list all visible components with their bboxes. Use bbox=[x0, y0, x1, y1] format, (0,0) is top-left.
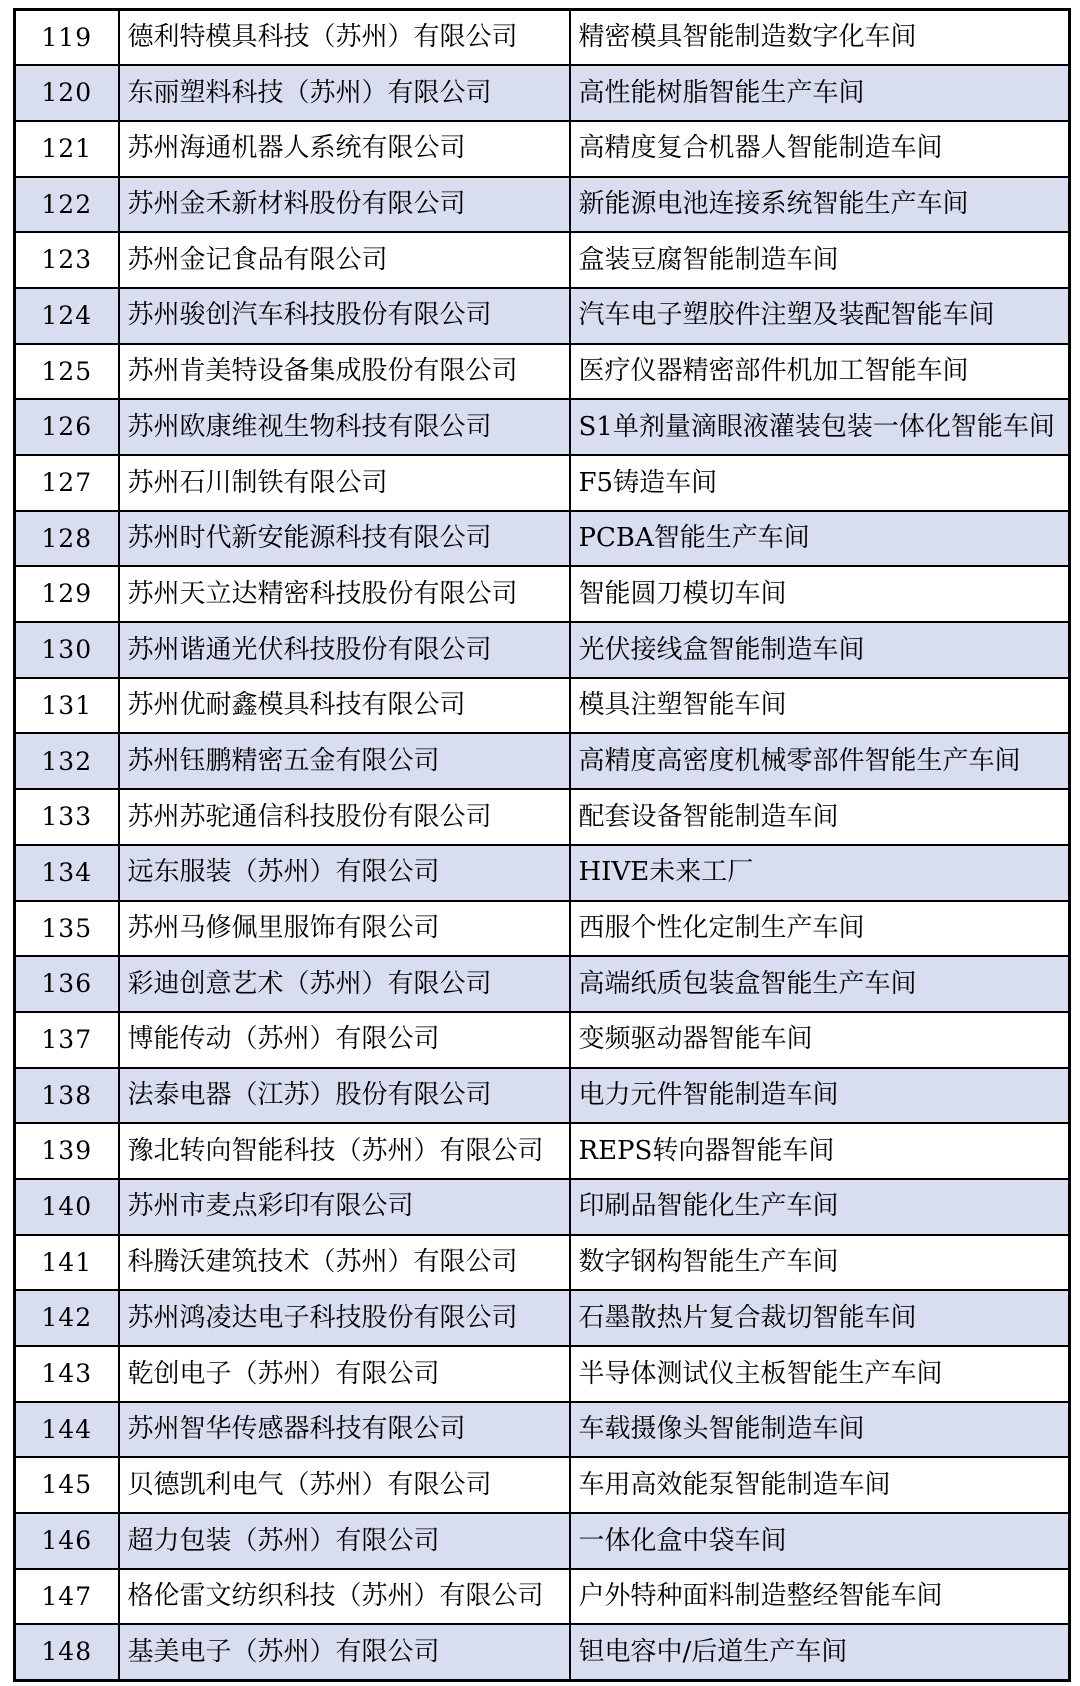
cell-row-number: 144 bbox=[15, 1402, 119, 1458]
cell-company-name: 博能传动（苏州）有限公司 bbox=[119, 1012, 570, 1068]
cell-row-number: 137 bbox=[15, 1012, 119, 1068]
company-workshop-table: 119德利特模具科技（苏州）有限公司精密模具智能制造数字化车间120东丽塑料科技… bbox=[13, 8, 1071, 1682]
cell-company-name: 苏州骏创汽车科技股份有限公司 bbox=[119, 288, 570, 344]
cell-company-name: 苏州市麦点彩印有限公司 bbox=[119, 1179, 570, 1235]
cell-row-number: 124 bbox=[15, 288, 119, 344]
cell-workshop-name: REPS转向器智能车间 bbox=[570, 1123, 1070, 1179]
cell-company-name: 苏州石川制铁有限公司 bbox=[119, 455, 570, 511]
cell-workshop-name: 精密模具智能制造数字化车间 bbox=[570, 10, 1070, 66]
table-row: 128苏州时代新安能源科技有限公司PCBA智能生产车间 bbox=[15, 511, 1070, 567]
cell-row-number: 138 bbox=[15, 1068, 119, 1124]
cell-workshop-name: 变频驱动器智能车间 bbox=[570, 1012, 1070, 1068]
cell-row-number: 128 bbox=[15, 511, 119, 567]
cell-workshop-name: 模具注塑智能车间 bbox=[570, 678, 1070, 734]
cell-company-name: 苏州谐通光伏科技股份有限公司 bbox=[119, 622, 570, 678]
cell-workshop-name: PCBA智能生产车间 bbox=[570, 511, 1070, 567]
table-row: 129苏州天立达精密科技股份有限公司智能圆刀模切车间 bbox=[15, 566, 1070, 622]
cell-company-name: 德利特模具科技（苏州）有限公司 bbox=[119, 10, 570, 66]
cell-company-name: 科腾沃建筑技术（苏州）有限公司 bbox=[119, 1235, 570, 1291]
cell-workshop-name: 配套设备智能制造车间 bbox=[570, 789, 1070, 845]
cell-company-name: 乾创电子（苏州）有限公司 bbox=[119, 1346, 570, 1402]
cell-workshop-name: 印刷品智能化生产车间 bbox=[570, 1179, 1070, 1235]
cell-company-name: 彩迪创意艺术（苏州）有限公司 bbox=[119, 956, 570, 1012]
table-row: 142苏州鸿凌达电子科技股份有限公司石墨散热片复合裁切智能车间 bbox=[15, 1290, 1070, 1346]
cell-company-name: 超力包装（苏州）有限公司 bbox=[119, 1513, 570, 1569]
cell-workshop-name: 盒装豆腐智能制造车间 bbox=[570, 232, 1070, 288]
cell-company-name: 苏州鸿凌达电子科技股份有限公司 bbox=[119, 1290, 570, 1346]
cell-row-number: 121 bbox=[15, 121, 119, 177]
cell-row-number: 130 bbox=[15, 622, 119, 678]
table-row: 133苏州苏驼通信科技股份有限公司配套设备智能制造车间 bbox=[15, 789, 1070, 845]
document-page: 119德利特模具科技（苏州）有限公司精密模具智能制造数字化车间120东丽塑料科技… bbox=[0, 0, 1080, 1686]
cell-company-name: 基美电子（苏州）有限公司 bbox=[119, 1624, 570, 1680]
cell-company-name: 苏州智华传感器科技有限公司 bbox=[119, 1402, 570, 1458]
cell-workshop-name: 医疗仪器精密部件机加工智能车间 bbox=[570, 344, 1070, 400]
cell-row-number: 120 bbox=[15, 65, 119, 121]
cell-workshop-name: 数字钢构智能生产车间 bbox=[570, 1235, 1070, 1291]
cell-workshop-name: F5铸造车间 bbox=[570, 455, 1070, 511]
cell-row-number: 136 bbox=[15, 956, 119, 1012]
cell-row-number: 134 bbox=[15, 845, 119, 901]
table-row: 137博能传动（苏州）有限公司变频驱动器智能车间 bbox=[15, 1012, 1070, 1068]
cell-row-number: 139 bbox=[15, 1123, 119, 1179]
table-row: 147格伦雷文纺织科技（苏州）有限公司户外特种面料制造整经智能车间 bbox=[15, 1569, 1070, 1625]
cell-workshop-name: 车载摄像头智能制造车间 bbox=[570, 1402, 1070, 1458]
cell-workshop-name: 高端纸质包装盒智能生产车间 bbox=[570, 956, 1070, 1012]
table-body: 119德利特模具科技（苏州）有限公司精密模具智能制造数字化车间120东丽塑料科技… bbox=[15, 10, 1070, 1681]
cell-row-number: 127 bbox=[15, 455, 119, 511]
cell-workshop-name: 车用高效能泵智能制造车间 bbox=[570, 1457, 1070, 1513]
table-row: 119德利特模具科技（苏州）有限公司精密模具智能制造数字化车间 bbox=[15, 10, 1070, 66]
cell-workshop-name: 高精度复合机器人智能制造车间 bbox=[570, 121, 1070, 177]
table-row: 132苏州钰鹏精密五金有限公司高精度高密度机械零部件智能生产车间 bbox=[15, 733, 1070, 789]
cell-company-name: 法泰电器（江苏）股份有限公司 bbox=[119, 1068, 570, 1124]
cell-company-name: 豫北转向智能科技（苏州）有限公司 bbox=[119, 1123, 570, 1179]
table-row: 127苏州石川制铁有限公司F5铸造车间 bbox=[15, 455, 1070, 511]
cell-company-name: 苏州金记食品有限公司 bbox=[119, 232, 570, 288]
cell-row-number: 119 bbox=[15, 10, 119, 66]
cell-company-name: 苏州海通机器人系统有限公司 bbox=[119, 121, 570, 177]
table-row: 148基美电子（苏州）有限公司钽电容中/后道生产车间 bbox=[15, 1624, 1070, 1680]
table-row: 146超力包装（苏州）有限公司一体化盒中袋车间 bbox=[15, 1513, 1070, 1569]
cell-workshop-name: S1单剂量滴眼液灌装包装一体化智能车间 bbox=[570, 399, 1070, 455]
cell-company-name: 贝德凯利电气（苏州）有限公司 bbox=[119, 1457, 570, 1513]
cell-company-name: 苏州钰鹏精密五金有限公司 bbox=[119, 733, 570, 789]
cell-workshop-name: 高精度高密度机械零部件智能生产车间 bbox=[570, 733, 1070, 789]
cell-row-number: 131 bbox=[15, 678, 119, 734]
cell-row-number: 132 bbox=[15, 733, 119, 789]
cell-row-number: 135 bbox=[15, 901, 119, 957]
cell-workshop-name: 汽车电子塑胶件注塑及装配智能车间 bbox=[570, 288, 1070, 344]
table-row: 125苏州肯美特设备集成股份有限公司医疗仪器精密部件机加工智能车间 bbox=[15, 344, 1070, 400]
cell-company-name: 苏州苏驼通信科技股份有限公司 bbox=[119, 789, 570, 845]
cell-company-name: 苏州金禾新材料股份有限公司 bbox=[119, 177, 570, 233]
table-row: 136彩迪创意艺术（苏州）有限公司高端纸质包装盒智能生产车间 bbox=[15, 956, 1070, 1012]
cell-workshop-name: 一体化盒中袋车间 bbox=[570, 1513, 1070, 1569]
cell-company-name: 东丽塑料科技（苏州）有限公司 bbox=[119, 65, 570, 121]
table-row: 134远东服装（苏州）有限公司HIVE未来工厂 bbox=[15, 845, 1070, 901]
cell-workshop-name: 新能源电池连接系统智能生产车间 bbox=[570, 177, 1070, 233]
table-row: 122苏州金禾新材料股份有限公司新能源电池连接系统智能生产车间 bbox=[15, 177, 1070, 233]
cell-row-number: 148 bbox=[15, 1624, 119, 1680]
cell-row-number: 140 bbox=[15, 1179, 119, 1235]
cell-workshop-name: 西服个性化定制生产车间 bbox=[570, 901, 1070, 957]
table-row: 130苏州谐通光伏科技股份有限公司光伏接线盒智能制造车间 bbox=[15, 622, 1070, 678]
table-row: 143乾创电子（苏州）有限公司半导体测试仪主板智能生产车间 bbox=[15, 1346, 1070, 1402]
cell-workshop-name: 户外特种面料制造整经智能车间 bbox=[570, 1569, 1070, 1625]
cell-row-number: 141 bbox=[15, 1235, 119, 1291]
cell-row-number: 146 bbox=[15, 1513, 119, 1569]
cell-company-name: 苏州欧康维视生物科技有限公司 bbox=[119, 399, 570, 455]
cell-row-number: 122 bbox=[15, 177, 119, 233]
cell-row-number: 142 bbox=[15, 1290, 119, 1346]
cell-workshop-name: 高性能树脂智能生产车间 bbox=[570, 65, 1070, 121]
cell-row-number: 126 bbox=[15, 399, 119, 455]
table-row: 123苏州金记食品有限公司盒装豆腐智能制造车间 bbox=[15, 232, 1070, 288]
table-row: 120东丽塑料科技（苏州）有限公司高性能树脂智能生产车间 bbox=[15, 65, 1070, 121]
cell-company-name: 苏州天立达精密科技股份有限公司 bbox=[119, 566, 570, 622]
table-row: 131苏州优耐鑫模具科技有限公司模具注塑智能车间 bbox=[15, 678, 1070, 734]
cell-company-name: 远东服装（苏州）有限公司 bbox=[119, 845, 570, 901]
cell-row-number: 145 bbox=[15, 1457, 119, 1513]
cell-row-number: 125 bbox=[15, 344, 119, 400]
cell-company-name: 苏州时代新安能源科技有限公司 bbox=[119, 511, 570, 567]
table-row: 124苏州骏创汽车科技股份有限公司汽车电子塑胶件注塑及装配智能车间 bbox=[15, 288, 1070, 344]
table-row: 126苏州欧康维视生物科技有限公司S1单剂量滴眼液灌装包装一体化智能车间 bbox=[15, 399, 1070, 455]
cell-row-number: 123 bbox=[15, 232, 119, 288]
table-row: 121苏州海通机器人系统有限公司高精度复合机器人智能制造车间 bbox=[15, 121, 1070, 177]
cell-company-name: 苏州马修佩里服饰有限公司 bbox=[119, 901, 570, 957]
cell-workshop-name: 光伏接线盒智能制造车间 bbox=[570, 622, 1070, 678]
cell-workshop-name: 石墨散热片复合裁切智能车间 bbox=[570, 1290, 1070, 1346]
table-row: 135苏州马修佩里服饰有限公司西服个性化定制生产车间 bbox=[15, 901, 1070, 957]
cell-row-number: 147 bbox=[15, 1569, 119, 1625]
table-row: 141科腾沃建筑技术（苏州）有限公司数字钢构智能生产车间 bbox=[15, 1235, 1070, 1291]
table-row: 145贝德凯利电气（苏州）有限公司车用高效能泵智能制造车间 bbox=[15, 1457, 1070, 1513]
table-row: 139豫北转向智能科技（苏州）有限公司REPS转向器智能车间 bbox=[15, 1123, 1070, 1179]
cell-row-number: 143 bbox=[15, 1346, 119, 1402]
cell-row-number: 133 bbox=[15, 789, 119, 845]
table-row: 144苏州智华传感器科技有限公司车载摄像头智能制造车间 bbox=[15, 1402, 1070, 1458]
cell-workshop-name: 钽电容中/后道生产车间 bbox=[570, 1624, 1070, 1680]
cell-company-name: 格伦雷文纺织科技（苏州）有限公司 bbox=[119, 1569, 570, 1625]
cell-workshop-name: 半导体测试仪主板智能生产车间 bbox=[570, 1346, 1070, 1402]
cell-workshop-name: 智能圆刀模切车间 bbox=[570, 566, 1070, 622]
cell-row-number: 129 bbox=[15, 566, 119, 622]
table-row: 140苏州市麦点彩印有限公司印刷品智能化生产车间 bbox=[15, 1179, 1070, 1235]
cell-company-name: 苏州优耐鑫模具科技有限公司 bbox=[119, 678, 570, 734]
cell-workshop-name: 电力元件智能制造车间 bbox=[570, 1068, 1070, 1124]
cell-company-name: 苏州肯美特设备集成股份有限公司 bbox=[119, 344, 570, 400]
table-row: 138法泰电器（江苏）股份有限公司电力元件智能制造车间 bbox=[15, 1068, 1070, 1124]
cell-workshop-name: HIVE未来工厂 bbox=[570, 845, 1070, 901]
